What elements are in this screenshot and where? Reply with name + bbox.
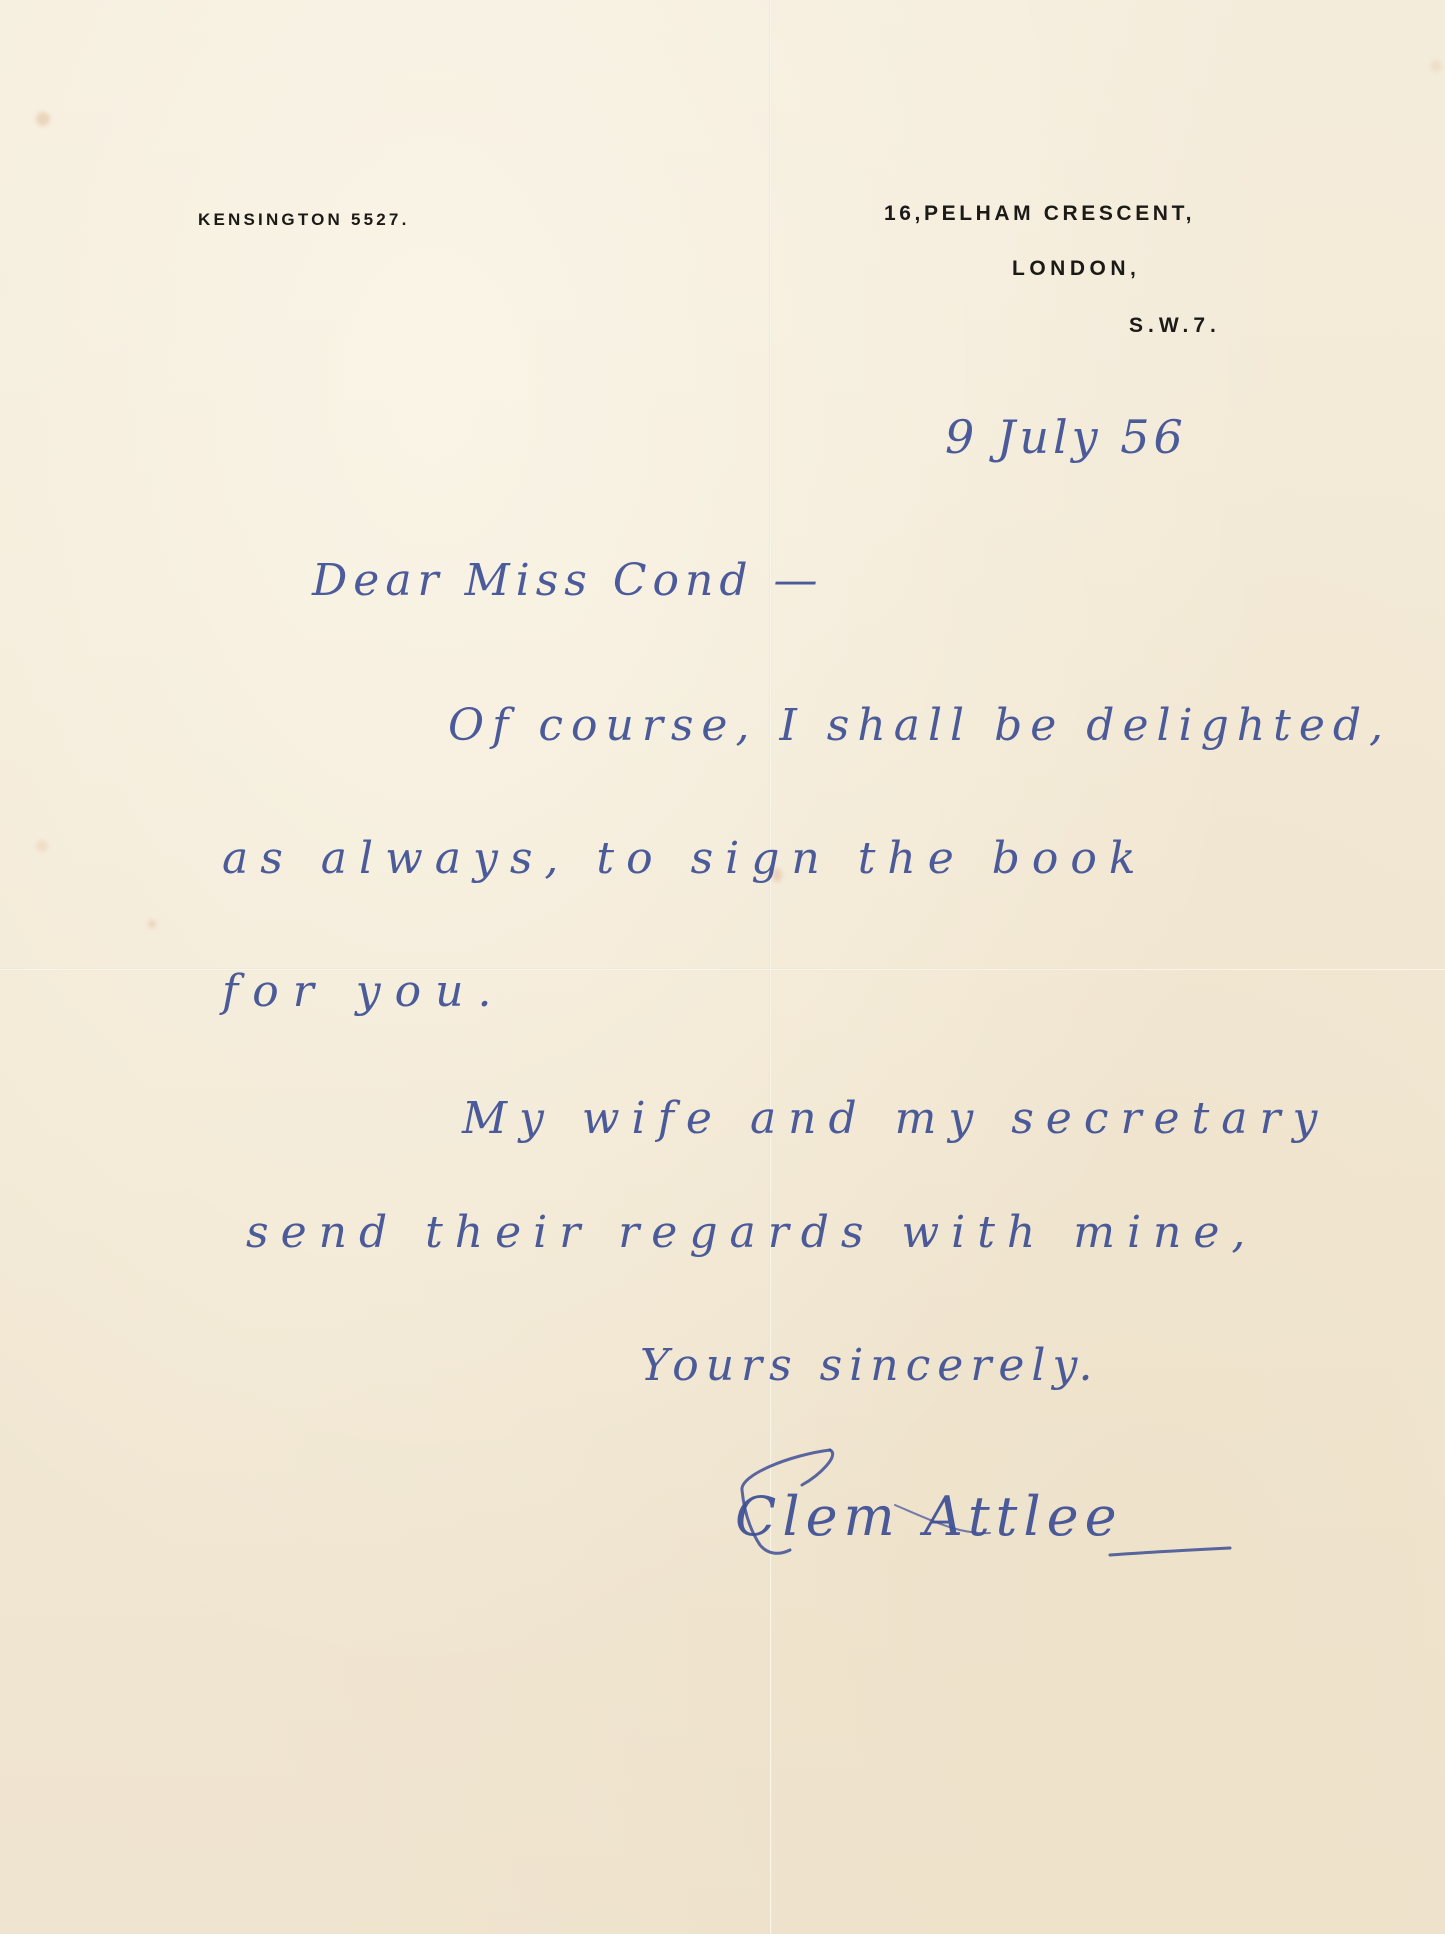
foxing-spot bbox=[148, 920, 156, 928]
letterhead-address-postcode: S.W.7. bbox=[1129, 314, 1221, 338]
body-line: send their regards with mine, bbox=[246, 1207, 1257, 1258]
body-line: Of course, I shall be delighted, bbox=[448, 700, 1391, 751]
vertical-fold-line bbox=[769, 0, 772, 1934]
letter-date: 9 July 56 bbox=[945, 410, 1187, 464]
body-line: for you. bbox=[222, 966, 505, 1017]
foxing-spot bbox=[36, 840, 48, 852]
letter-salutation: Dear Miss Cond — bbox=[312, 555, 824, 606]
letter-paper: KENSINGTON 5527. 16,PELHAM CRESCENT, LON… bbox=[0, 0, 1445, 1934]
letter-closing: Yours sincerely. bbox=[640, 1340, 1099, 1391]
letterhead-address-city: LONDON, bbox=[1012, 257, 1140, 281]
foxing-spot bbox=[1430, 60, 1442, 72]
body-line: as always, to sign the book bbox=[222, 833, 1148, 884]
letter-signature: Clem Attlee bbox=[735, 1485, 1123, 1548]
letterhead-address-street: 16,PELHAM CRESCENT, bbox=[884, 202, 1195, 226]
foxing-spot bbox=[36, 112, 50, 126]
letterhead-telephone: KENSINGTON 5527. bbox=[198, 210, 410, 230]
body-line: My wife and my secretary bbox=[462, 1093, 1329, 1144]
horizontal-fold-line bbox=[0, 968, 1445, 971]
